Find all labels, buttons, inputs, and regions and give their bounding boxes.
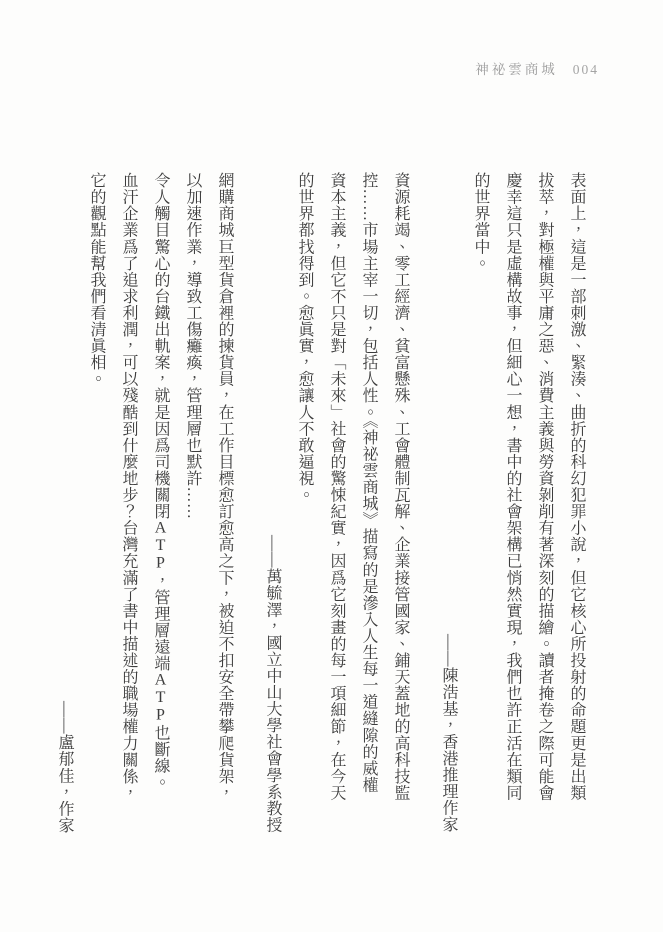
book-page: 神祕雲商城 004 表面上，這是一部刺激、緊湊、曲折的科幻犯罪小說，但它核心所投… xyxy=(0,0,663,932)
blurb-text-column: 令人觸目驚心的台鐵出軌案，就是因爲司機關閉ATP，管理層遠端ATP也斷線。 xyxy=(144,172,176,833)
blurb-signature: ——陳浩基，香港推理作家 xyxy=(434,172,462,833)
blurb-text-column: 控……市場主宰一切，包括人性。《神祕雲商城》描寫的是滲入人生每一道縫隙的威權 xyxy=(352,172,384,833)
blurb-text-column: 拔萃，對極權與平庸之惡、消費主義與勞資剝削有著深刻的描繪。讀者掩卷之際可能會 xyxy=(528,172,560,833)
blurb-lu-yu-chia: 網購商城巨型貨倉裡的揀貨員，在工作目標愈訂愈高之下，被迫不扣安全帶攀爬貨架， 以… xyxy=(50,172,240,833)
blurb-chan-ho-kei: 表面上，這是一部刺激、緊湊、曲折的科幻犯罪小說，但它核心所投射的命題更是出類 拔… xyxy=(434,172,592,833)
running-head-book-title: 神祕雲商城 xyxy=(475,58,558,78)
blurb-wan-yu-tse: 資源耗竭、零工經濟、貧富懸殊、工會體制瓦解、企業接管國家、鋪天蓋地的高科技監 控… xyxy=(258,172,416,833)
running-head-page-number: 004 xyxy=(573,62,599,78)
blurb-text-column: 它的觀點能幫我們看清眞相。 xyxy=(80,172,112,833)
blurb-text-column: 血汗企業爲了追求利潤，可以殘酷到什麼地步？台灣充滿了書中描述的職場權力關係， xyxy=(112,172,144,833)
blurb-text-column: 慶幸這只是虛構故事，但細心一想，書中的社會架構已悄然實現，我們也許正活在類同 xyxy=(496,172,528,833)
blurb-text-column: 的世界當中。 xyxy=(464,172,496,833)
endorsement-blurbs: 表面上，這是一部刺激、緊湊、曲折的科幻犯罪小說，但它核心所投射的命題更是出類 拔… xyxy=(50,172,592,833)
blurb-text-column: 表面上，這是一部刺激、緊湊、曲折的科幻犯罪小說，但它核心所投射的命題更是出類 xyxy=(560,172,592,833)
blurb-signature: ——萬毓澤，國立中山大學社會學系教授 xyxy=(258,172,286,833)
blurb-text-column: 以加速作業，導致工傷癱瘓，管理層也默許…… xyxy=(176,172,208,833)
blurb-text-column: 網購商城巨型貨倉裡的揀貨員，在工作目標愈訂愈高之下，被迫不扣安全帶攀爬貨架， xyxy=(208,172,240,833)
running-head: 神祕雲商城 004 xyxy=(475,58,599,78)
blurb-signature: ——盧郁佳，作家 xyxy=(50,172,78,833)
blurb-text-column: 資本主義，但它不只是對「未來」社會的驚悚紀實，因爲它刻畫的每一項細節，在今天 xyxy=(320,172,352,833)
blurb-text-column: 的世界都找得到。愈眞實，愈讓人不敢逼視。 xyxy=(288,172,320,833)
blurb-text-column: 資源耗竭、零工經濟、貧富懸殊、工會體制瓦解、企業接管國家、鋪天蓋地的高科技監 xyxy=(384,172,416,833)
